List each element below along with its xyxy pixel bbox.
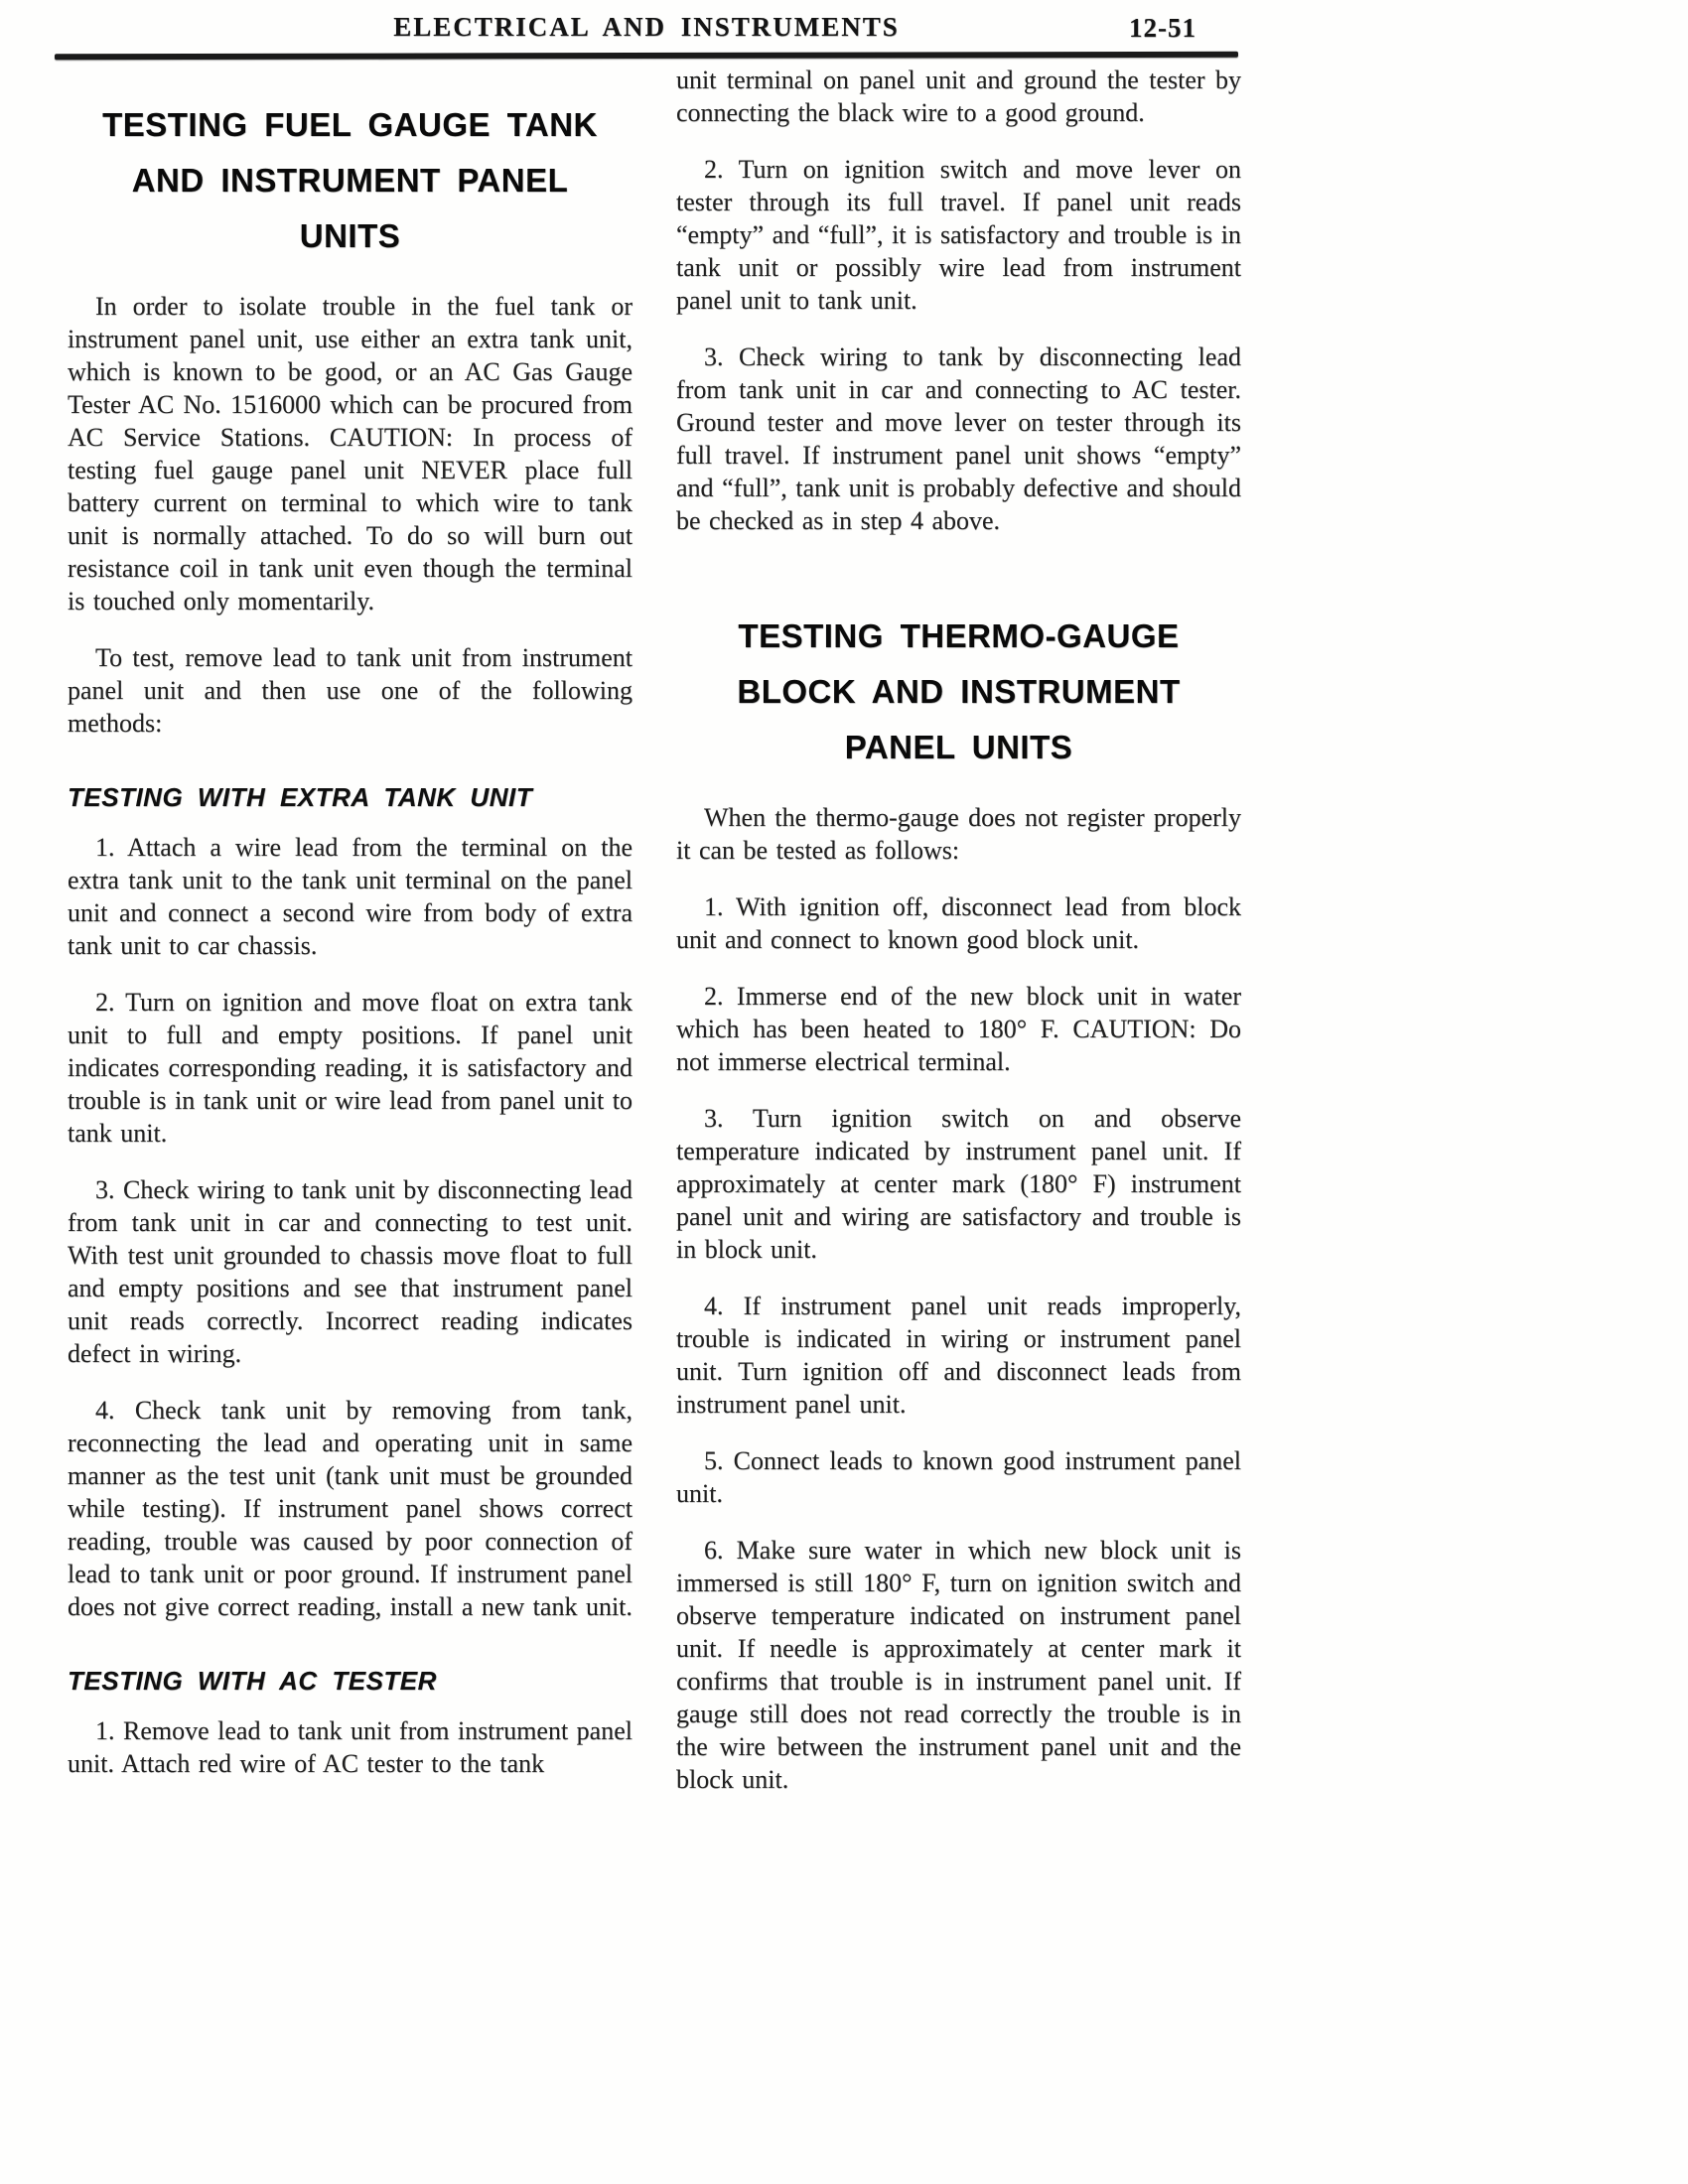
step-item: 2. Immerse end of the new block unit in … — [676, 980, 1241, 1078]
step-item: 5. Connect leads to known good instrumen… — [676, 1444, 1241, 1510]
step-item: 1. Remove lead to tank unit from instrum… — [68, 1714, 633, 1780]
step-item: 2. Turn on ignition and move float on ex… — [68, 986, 633, 1150]
page-number: 12-51 — [1129, 13, 1196, 44]
step-item: 1. With ignition off, disconnect lead fr… — [676, 890, 1241, 956]
header-rule — [55, 52, 1238, 60]
section-heading-thermo-gauge: TESTING THERMO-GAUGE BLOCK AND INSTRUMEN… — [690, 609, 1227, 775]
step-item: 2. Turn on ignition switch and move leve… — [676, 153, 1241, 317]
intro-paragraph: In order to isolate trouble in the fuel … — [68, 290, 633, 617]
step-continuation-paragraph: unit terminal on panel unit and ground t… — [676, 64, 1241, 129]
step-item: 3. Check wiring to tank by disconnecting… — [676, 341, 1241, 537]
manual-page: ELECTRICAL AND INSTRUMENTS 12-51 TESTING… — [0, 0, 1688, 2184]
page-header: ELECTRICAL AND INSTRUMENTS 12-51 — [55, 12, 1238, 48]
step-item: 3. Turn ignition switch on and observe t… — [676, 1102, 1241, 1266]
step-item: 6. Make sure water in which new block un… — [676, 1534, 1241, 1796]
section-heading-fuel-gauge: TESTING FUEL GAUGE TANK AND INSTRUMENT P… — [81, 97, 619, 264]
step-item: 4. Check tank unit by removing from tank… — [68, 1394, 633, 1623]
two-column-layout: TESTING FUEL GAUGE TANK AND INSTRUMENT P… — [68, 64, 1241, 1820]
left-column: TESTING FUEL GAUGE TANK AND INSTRUMENT P… — [68, 64, 633, 1820]
to-test-paragraph: To test, remove lead to tank unit from i… — [68, 641, 633, 740]
step-item: 1. Attach a wire lead from the terminal … — [68, 831, 633, 962]
subheading-extra-tank-unit: TESTING WITH EXTRA TANK UNIT — [68, 781, 633, 813]
intro-paragraph: When the thermo-gauge does not register … — [676, 801, 1241, 867]
page-header-title: ELECTRICAL AND INSTRUMENTS — [55, 12, 1238, 43]
subheading-ac-tester: TESTING WITH AC TESTER — [68, 1665, 633, 1697]
step-item: 4. If instrument panel unit reads improp… — [676, 1290, 1241, 1421]
step-item: 3. Check wiring to tank unit by disconne… — [68, 1173, 633, 1370]
right-column: unit terminal on panel unit and ground t… — [676, 64, 1241, 1820]
